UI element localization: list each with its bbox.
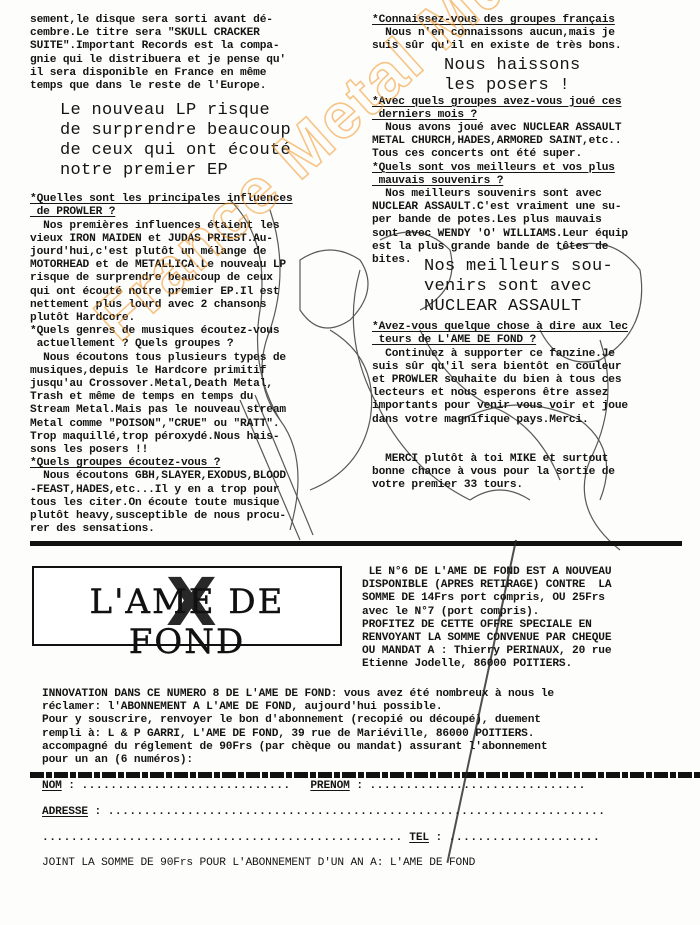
text-line: accompagné du réglement de 90Frs (par ch… [42, 741, 682, 754]
separator: : [68, 780, 75, 792]
text-line: OU MANDAT A : Thierry PERINAUX, 20 rue [362, 645, 682, 658]
nom-field[interactable]: ............................. [81, 780, 290, 792]
text-line: jourd'hui,c'est plutôt un mélange de [30, 246, 350, 259]
question-genres: *Quels genres de musiques écoutez-vous a… [30, 325, 350, 351]
answer-played-with: Nous avons joué avec NUCLEAR ASSAULTMETA… [372, 122, 692, 162]
left-column: sement,le disque sera sorti avant dé-cem… [30, 14, 350, 537]
text-line: MERCI plutôt à toi MIKE et surtout [372, 453, 692, 466]
separator: : [356, 780, 363, 792]
text-line: dans votre magnifique pays.Merci. [372, 414, 692, 427]
form-row-name: NOM : ............................. PREN… [42, 780, 682, 793]
text-line: MOTORHEAD et de METALLICA.Le nouveau LP [30, 259, 350, 272]
text-line: votre premier 33 tours. [372, 479, 692, 492]
question-groups: *Quels groupes écoutez-vous ? [30, 457, 350, 470]
text-line: Nous n'en connaissons aucun,mais je [372, 27, 692, 40]
closing-thanks: MERCI plutôt à toi MIKE et surtoutbonne … [372, 453, 692, 493]
text-line: Trop maquillé,trop péroxydé.Nous hais- [30, 431, 350, 444]
form-footer: JOINT LA SOMME DE 90Frs POUR L'ABONNEMEN… [42, 857, 682, 870]
text-line: derniers mois ? [372, 109, 692, 122]
text-line: les posers ! [444, 76, 692, 96]
text-line: RENVOYANT LA SOMME CONVENUE PAR CHEQUE [362, 632, 682, 645]
text-line: Nos premières influences étaient les [30, 220, 350, 233]
text-line: rer des sensations. [30, 523, 350, 536]
text-line: plutôt heavy,susceptible de nous procu- [30, 510, 350, 523]
text-line: *Quels groupes écoutez-vous ? [30, 457, 350, 470]
text-line: Nous écoutons tous plusieurs types de [30, 352, 350, 365]
right-column: *Connaissez-vous des groupes français No… [372, 14, 692, 492]
text-line: il sera disponible en France en même [30, 67, 350, 80]
text-line: qui ont écouté notre premier EP.Il est [30, 286, 350, 299]
text-line: nettement plus lourd avec 2 chansons [30, 299, 350, 312]
adresse-field-2[interactable]: ........................................… [42, 832, 403, 844]
pull-quote-lp: Le nouveau LP risquede surprendre beauco… [60, 101, 350, 181]
text-line: Continuez à supporter ce fanzine.Je [372, 348, 692, 361]
section-divider-rule [30, 541, 682, 546]
text-line: sons les posers !! [30, 444, 350, 457]
text-line: sont avec WENDY 'O' WILLIAMS.Leur équip [372, 228, 692, 241]
pull-quote-nuclear-assault: Nos meilleurs sou-venirs sont avecNUCLEA… [424, 257, 692, 317]
text-line: *Quels genres de musiques écoutez-vous [30, 325, 350, 338]
logo-x-mark: X [166, 570, 217, 636]
text-line: pour un an (6 numéros): [42, 754, 682, 767]
text-line: SOMME DE 14Frs port compris, OU 25Frs [362, 592, 682, 605]
nom-label: NOM [42, 780, 62, 792]
text-line: NUCLEAR ASSAULT.C'est vraiment une su- [372, 201, 692, 214]
text-line: Stream Metal.Mais pas le nouveau stream [30, 404, 350, 417]
text-line: rempli à: L & P GARRI, L'AME DE FOND, 39… [42, 728, 682, 741]
text-line: Nous haissons [444, 56, 692, 76]
text-line: SUITE".Important Records est la compa- [30, 40, 350, 53]
text-line: réclamer: l'ABONNEMENT A L'AME DE FOND, … [42, 701, 682, 714]
form-row-address-tel: ........................................… [42, 832, 682, 845]
text-line: NUCLEAR ASSAULT [424, 297, 692, 317]
text-line: sement,le disque sera sorti avant dé- [30, 14, 350, 27]
text-line: tous les citer.On écoute toute musique [30, 497, 350, 510]
text-line: METAL CHURCH,HADES,ARMORED SAINT,etc.. [372, 135, 692, 148]
question-memories: *Quels sont vos meilleurs et vos plus ma… [372, 162, 692, 188]
separator: : [436, 832, 443, 844]
question-readers: *Avez-vous quelque chose à dire aux lec … [372, 321, 692, 347]
prenom-label: PRENOM [310, 780, 349, 792]
text-line: Nous écoutons GBH,SLAYER,EXODUS,BLOOD [30, 470, 350, 483]
text-line: risque de surprendre beaucoup de ceux [30, 272, 350, 285]
text-line: importants pour venir vous voir et joue [372, 400, 692, 413]
text-line: cembre.Le titre sera "SKULL CRACKER [30, 27, 350, 40]
adresse-label: ADRESSE [42, 806, 88, 818]
text-line: *Quelles sont les principales influences [30, 193, 350, 206]
text-line: bonne chance à vous pour la sortie de [372, 466, 692, 479]
text-line: est la plus grande bande de têtes de [372, 241, 692, 254]
question-influences: *Quelles sont les principales influences… [30, 193, 350, 219]
text-line: lecteurs et nous esperons être assez [372, 387, 692, 400]
text-line: Metal comme "POISON","CRUE" ou "RATT". [30, 418, 350, 431]
text-line: de surprendre beaucoup [60, 121, 350, 141]
adresse-field[interactable]: ........................................… [108, 806, 606, 818]
text-line: PROFITEZ DE CETTE OFFRE SPECIALE EN [362, 619, 682, 632]
text-line: INNOVATION DANS CE NUMERO 8 DE L'AME DE … [42, 688, 682, 701]
text-line: temps que dans le reste de l'Europe. [30, 80, 350, 93]
text-line: et PROWLER souhaite du bien à tous ces [372, 374, 692, 387]
text-line: DISPONIBLE (APRES RETIRAGE) CONTRE LA [362, 579, 682, 592]
text-line: Nos meilleurs souvenirs sont avec [372, 188, 692, 201]
answer-influences: Nos premières influences étaient lesvieu… [30, 220, 350, 326]
cut-line [30, 772, 700, 778]
text-line: gnie qui le distribuera et je pense qu' [30, 54, 350, 67]
form-row-address: ADRESSE : ..............................… [42, 806, 682, 819]
answer-groups: Nous écoutons GBH,SLAYER,EXODUS,BLOOD-FE… [30, 470, 350, 536]
text-line: musiques,depuis le Hardcore primitif [30, 365, 350, 378]
subscription-form: NOM : ............................. PREN… [42, 780, 682, 870]
prenom-field[interactable]: .............................. [369, 780, 585, 792]
text-line: Etienne Jodelle, 86000 POITIERS. [362, 658, 682, 671]
text-line: avec le N°7 (port compris). [362, 606, 682, 619]
text-line: de ceux qui ont écouté [60, 141, 350, 161]
text-line: plutôt Hardcore. [30, 312, 350, 325]
text-line: Pour y souscrire, renvoyer le bon d'abon… [42, 714, 682, 727]
text-line: mauvais souvenirs ? [372, 175, 692, 188]
tel-label: TEL [409, 832, 429, 844]
question-played-with: *Avec quels groupes avez-vous joué ces d… [372, 96, 692, 122]
answer-genres: Nous écoutons tous plusieurs types demus… [30, 352, 350, 458]
intro-paragraph: sement,le disque sera sorti avant dé-cem… [30, 14, 350, 93]
text-line: per bande de potes.Les plus mauvais [372, 214, 692, 227]
pull-quote-posers: Nous haissonsles posers ! [444, 56, 692, 96]
separator: : [95, 806, 102, 818]
question-french-bands: *Connaissez-vous des groupes français [372, 14, 692, 27]
text-line: teurs de L'AME DE FOND ? [372, 334, 692, 347]
text-line: jusqu'au Crossover.Metal,Death Metal, [30, 378, 350, 391]
text-line: actuellement ? Quels groupes ? [30, 338, 350, 351]
text-line: *Quels sont vos meilleurs et vos plus [372, 162, 692, 175]
answer-readers: Continuez à supporter ce fanzine.Jesuis … [372, 348, 692, 427]
answer-french-bands: Nous n'en connaissons aucun,mais jesuis … [372, 27, 692, 53]
text-line: Nous avons joué avec NUCLEAR ASSAULT [372, 122, 692, 135]
text-line: Trash et même de temps en temps du [30, 391, 350, 404]
answer-memories: Nos meilleurs souvenirs sont avecNUCLEAR… [372, 188, 692, 267]
text-line: Le nouveau LP risque [60, 101, 350, 121]
text-line: vieux IRON MAIDEN et JUDAS PRIEST.Au- [30, 233, 350, 246]
text-line: notre premier EP [60, 161, 350, 181]
text-line: suis sûr qu'il sera bientôt en couleur [372, 361, 692, 374]
text-line: *Connaissez-vous des groupes français [372, 14, 692, 27]
text-line: LE N°6 DE L'AME DE FOND EST A NOUVEAU [362, 566, 682, 579]
tel-field[interactable]: ..................... [449, 832, 601, 844]
back-issue-offer: LE N°6 DE L'AME DE FOND EST A NOUVEAUDIS… [362, 566, 682, 672]
text-line: Nos meilleurs sou- [424, 257, 692, 277]
text-line: de PROWLER ? [30, 206, 350, 219]
text-line: suis sûr qu'il en existe de très bons. [372, 40, 692, 53]
text-line: *Avec quels groupes avez-vous joué ces [372, 96, 692, 109]
lame-de-fond-logo: L'AME DE FOND X [32, 566, 342, 646]
text-line: Tous ces concerts ont été super. [372, 148, 692, 161]
subscription-announcement: INNOVATION DANS CE NUMERO 8 DE L'AME DE … [42, 688, 682, 767]
text-line: *Avez-vous quelque chose à dire aux lec [372, 321, 692, 334]
text-line: venirs sont avec [424, 277, 692, 297]
text-line: -FEAST,HADES,etc...Il y en a trop pour [30, 484, 350, 497]
